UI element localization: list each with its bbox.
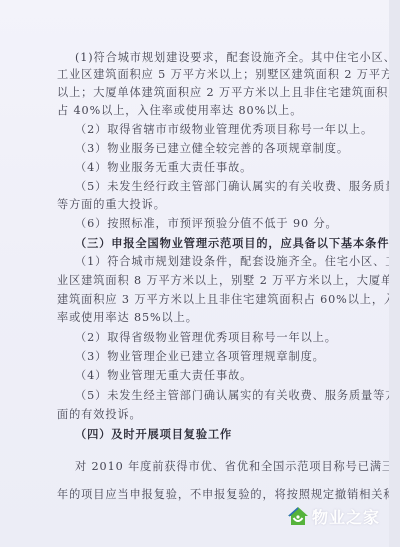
text-line: 年的项目应当申报复验，不申报复验的，将按照规定撤销相关称: [57, 488, 329, 502]
text-line: （2）取得省级物业管理优秀项目称号一年以上。: [75, 331, 329, 345]
text-line: 面的有效投诉。: [57, 408, 329, 422]
text-line: （5）未发生经行政主管部门确认属实的有关收费、服务质量: [75, 180, 329, 194]
text-line: （6）按照标准，市预评预验分值不低于 90 分。: [75, 217, 329, 231]
watermark-text: 物业之家: [312, 505, 380, 528]
text-line: （1）符合城市规划建设条件，配套设施齐全。住宅小区、工: [75, 255, 329, 269]
text-line: 建筑面积应 3 万平方米以上且非住宅建筑面积占 60%以上，入住: [57, 293, 329, 307]
watermark: 物业之家: [287, 506, 380, 526]
section-heading: （三）申报全国物业管理示范项目的，应具备以下基本条件：: [75, 236, 329, 250]
text-line: （3）物业服务已建立健全较完善的各项规章制度。: [75, 142, 329, 156]
text-line: 对 2010 年度前获得市优、省优和全国示范项目称号已满三: [75, 460, 329, 474]
text-line: （3）物业管理企业已建立各项管理规章制度。: [75, 350, 329, 364]
text-line: （4）物业服务无重大责任事故。: [75, 161, 329, 175]
text-line: （2）取得省辖市市级物业管理优秀项目称号一年以上。: [75, 123, 329, 137]
page-edge: [389, 0, 400, 547]
text-line: 等方面的重大投诉。: [57, 198, 329, 212]
document-page: (1)符合城市规划建设要求，配套设施齐全。其中住宅小区、工业区建筑面积应 5 万…: [0, 0, 389, 547]
text-line: （5）未发生经主管部门确认属实的有关收费、服务质量等方: [75, 389, 329, 403]
text-line: 工业区建筑面积应 5 万平方米以上；别墅区建筑面积 2 万平方米: [57, 68, 329, 82]
house-logo-icon: [287, 506, 309, 526]
section-heading: （四）及时开展项目复验工作: [75, 427, 329, 441]
text-line: 业区建筑面积 8 万平方米以上，别墅 2 万平方米以上，大厦单体: [57, 274, 329, 288]
text-line: 占 40%以上，入住率或使用率达 80%以上。: [57, 104, 329, 118]
text-line: (1)符合城市规划建设要求，配套设施齐全。其中住宅小区、: [75, 51, 329, 65]
text-line: 以上；大厦单体建筑面积应 2 万平方米以上且非住宅建筑面积应: [57, 86, 329, 100]
text-line: 率或使用率达 85%以上。: [57, 311, 329, 325]
text-line: （4）物业管理无重大责任事故。: [75, 369, 329, 383]
